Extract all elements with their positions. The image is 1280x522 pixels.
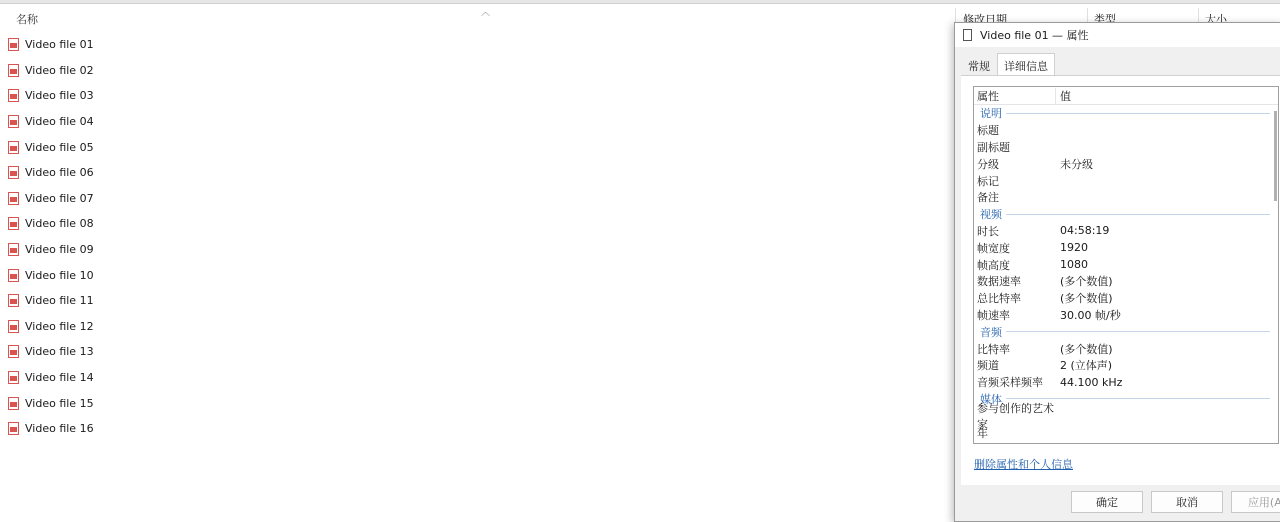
property-row[interactable]: 备注 [974, 189, 1278, 206]
video-file-icon [8, 89, 19, 102]
video-file-icon [8, 294, 19, 307]
dialog-title: Video file 01 — 属性 [980, 27, 1089, 43]
property-group: 音频 [974, 323, 1278, 340]
property-value[interactable]: 44.100 kHz [1056, 376, 1122, 389]
group-divider [1006, 214, 1270, 215]
document-icon [963, 29, 972, 41]
file-row[interactable]: Video file 12 [0, 314, 955, 340]
dialog-title-bar: Video file 01 — 属性 [955, 23, 1280, 47]
property-key: 帧高度 [974, 257, 1056, 273]
property-value[interactable]: 2 (立体声) [1056, 357, 1112, 373]
file-name: Video file 09 [25, 243, 94, 256]
video-file-icon [8, 345, 19, 358]
cancel-button[interactable]: 取消 [1151, 491, 1223, 513]
property-key: 年 [974, 425, 1056, 441]
file-name: Video file 14 [25, 371, 94, 384]
file-name: Video file 06 [25, 166, 94, 179]
property-key: 数据速率 [974, 273, 1056, 289]
file-row[interactable]: Video file 10 [0, 262, 955, 288]
file-name: Video file 12 [25, 320, 94, 333]
property-key: 总比特率 [974, 290, 1056, 306]
property-row[interactable]: 参与创作的艺术家 [974, 407, 1278, 424]
property-row[interactable]: 帧速率30.00 帧/秒 [974, 307, 1278, 324]
property-key: 时长 [974, 223, 1056, 239]
property-row[interactable]: 频道2 (立体声) [974, 357, 1278, 374]
video-file-icon [8, 166, 19, 179]
file-name: Video file 05 [25, 141, 94, 154]
property-row[interactable]: 年 [974, 424, 1278, 441]
property-group: 视频 [974, 206, 1278, 223]
file-row[interactable]: Video file 13 [0, 339, 955, 365]
property-key: 帧速率 [974, 307, 1056, 323]
video-file-icon [8, 38, 19, 51]
property-key: 比特率 [974, 341, 1056, 357]
property-key: 频道 [974, 357, 1056, 373]
property-row[interactable]: 帧宽度1920 [974, 239, 1278, 256]
property-row[interactable]: 音频采样频率44.100 kHz [974, 374, 1278, 391]
video-file-icon [8, 397, 19, 410]
file-row[interactable]: Video file 09 [0, 237, 955, 263]
group-label: 说明 [980, 105, 1002, 121]
video-file-icon [8, 269, 19, 282]
file-row[interactable]: Video file 16 [0, 416, 955, 442]
property-value[interactable]: 未分级 [1056, 156, 1093, 172]
property-row[interactable]: 分级未分级 [974, 155, 1278, 172]
header-value[interactable]: 值 [1056, 88, 1071, 104]
sort-up-icon: ︿ [481, 5, 490, 18]
file-row[interactable]: Video file 06 [0, 160, 955, 186]
file-name: Video file 15 [25, 397, 94, 410]
property-value[interactable]: 04:58:19 [1056, 224, 1109, 237]
group-label: 音频 [980, 324, 1002, 340]
video-file-icon [8, 243, 19, 256]
file-row[interactable]: Video file 04 [0, 109, 955, 135]
video-file-icon [8, 115, 19, 128]
file-name: Video file 13 [25, 345, 94, 358]
file-row[interactable]: Video file 01 [0, 32, 955, 58]
file-row[interactable]: Video file 15 [0, 390, 955, 416]
property-row[interactable]: 标题 [974, 122, 1278, 139]
details-panel: 属性 值 说明标题副标题分级未分级标记备注视频时长04:58:19帧宽度1920… [961, 75, 1280, 485]
remove-properties-link[interactable]: 删除属性和个人信息 [974, 456, 1073, 472]
property-key: 帧宽度 [974, 240, 1056, 256]
property-key: 音频采样频率 [974, 374, 1056, 390]
property-table-header: 属性 值 [974, 87, 1278, 105]
property-key: 标题 [974, 122, 1056, 138]
video-file-icon [8, 217, 19, 230]
ok-button[interactable]: 确定 [1071, 491, 1143, 513]
property-list: 说明标题副标题分级未分级标记备注视频时长04:58:19帧宽度1920帧高度10… [974, 105, 1278, 441]
file-name: Video file 10 [25, 269, 94, 282]
video-file-icon [8, 64, 19, 77]
video-file-icon [8, 192, 19, 205]
property-row[interactable]: 数据速率(多个数值) [974, 273, 1278, 290]
group-label: 视频 [980, 206, 1002, 222]
video-file-icon [8, 371, 19, 384]
property-row[interactable]: 时长04:58:19 [974, 223, 1278, 240]
video-file-icon [8, 141, 19, 154]
property-key: 备注 [974, 189, 1056, 205]
scroll-thumb[interactable] [1274, 111, 1277, 201]
property-value[interactable]: (多个数值) [1056, 273, 1113, 289]
property-row[interactable]: 比特率(多个数值) [974, 340, 1278, 357]
property-group: 说明 [974, 105, 1278, 122]
scrollbar[interactable] [1272, 87, 1278, 443]
property-table: 属性 值 说明标题副标题分级未分级标记备注视频时长04:58:19帧宽度1920… [973, 86, 1279, 444]
property-value[interactable]: 1080 [1056, 258, 1088, 271]
button-bar: 确定 取消 应用(A) [955, 485, 1280, 521]
group-divider [1006, 331, 1270, 332]
file-name: Video file 11 [25, 294, 94, 307]
property-row[interactable]: 总比特率(多个数值) [974, 290, 1278, 307]
file-name: Video file 04 [25, 115, 94, 128]
property-value[interactable]: (多个数值) [1056, 290, 1113, 306]
file-row[interactable]: Video file 08 [0, 211, 955, 237]
file-name: Video file 02 [25, 64, 94, 77]
file-row[interactable]: Video file 02 [0, 58, 955, 84]
file-name: Video file 16 [25, 422, 94, 435]
file-row[interactable]: Video file 07 [0, 186, 955, 212]
property-row[interactable]: 帧高度1080 [974, 256, 1278, 273]
file-list: Video file 01Video file 02Video file 03V… [0, 32, 955, 442]
file-row[interactable]: Video file 03 [0, 83, 955, 109]
apply-button[interactable]: 应用(A) [1231, 491, 1280, 513]
column-name[interactable]: 名称 [16, 11, 38, 27]
group-divider [1006, 113, 1270, 114]
file-row[interactable]: Video file 05 [0, 134, 955, 160]
property-key: 分级 [974, 156, 1056, 172]
video-file-icon [8, 422, 19, 435]
properties-dialog: Video file 01 — 属性 常规 详细信息 属性 值 说明标题副标题分… [954, 22, 1280, 522]
video-file-icon [8, 320, 19, 333]
property-row[interactable]: 标记 [974, 172, 1278, 189]
property-row[interactable]: 副标题 [974, 139, 1278, 156]
header-property[interactable]: 属性 [974, 88, 1056, 104]
property-value[interactable]: 30.00 帧/秒 [1056, 307, 1121, 323]
file-name: Video file 01 [25, 38, 94, 51]
file-row[interactable]: Video file 14 [0, 365, 955, 391]
file-name: Video file 03 [25, 89, 94, 102]
property-value[interactable]: (多个数值) [1056, 341, 1113, 357]
property-key: 副标题 [974, 139, 1056, 155]
file-name: Video file 08 [25, 217, 94, 230]
property-value[interactable]: 1920 [1056, 241, 1088, 254]
file-row[interactable]: Video file 11 [0, 288, 955, 314]
file-name: Video file 07 [25, 192, 94, 205]
property-key: 标记 [974, 173, 1056, 189]
